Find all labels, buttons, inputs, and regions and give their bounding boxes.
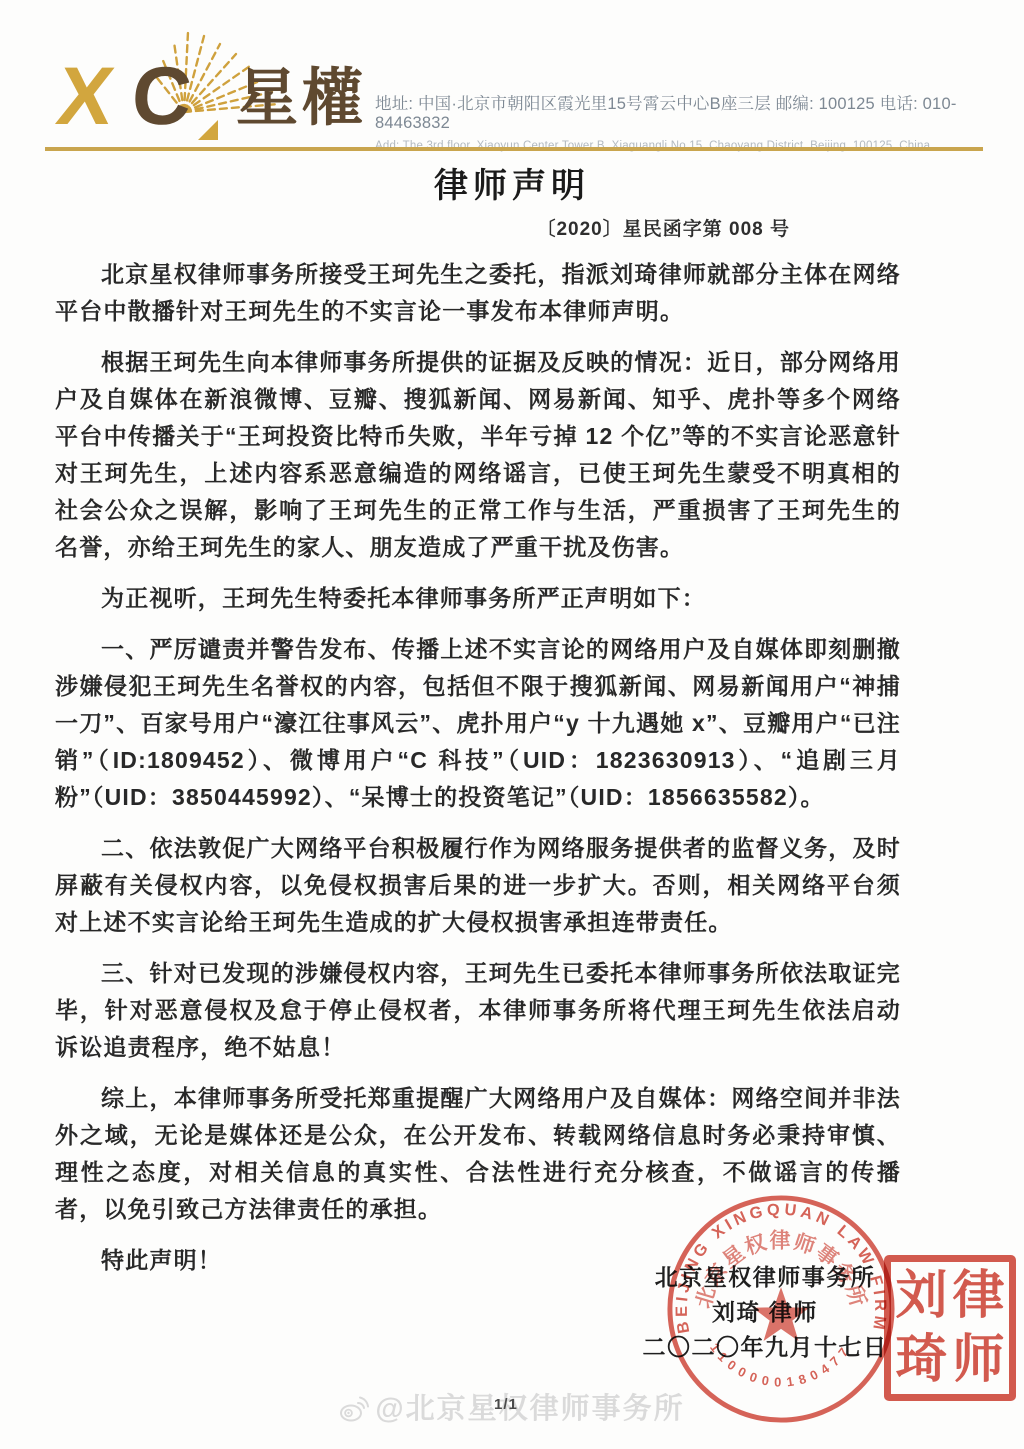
seal-char: 律: [952, 1267, 1004, 1325]
statement-paragraph: 一、严厉谴责并警告发布、传播上述不实言论的网络用户及自媒体即刻删撤涉嫌侵犯王珂先…: [55, 631, 901, 816]
statement-paragraph: 三、针对已发现的涉嫌侵权内容，王珂先生已委托本律师事务所依法取证完毕，针对恶意侵…: [55, 955, 901, 1066]
lawyer-statement-document: X C 星權 地址: 中国·北京市朝阳区霞光里15号霄云中心B座三层 邮编: 1…: [0, 0, 1024, 1449]
firm-logo: X C 星權: [58, 34, 388, 146]
firm-address: 地址: 中国·北京市朝阳区霞光里15号霄云中心B座三层 邮编: 100125 电…: [375, 90, 1015, 152]
doc-number: 〔2020〕星民函字第 008 号: [536, 214, 790, 241]
logo-letter-c: C: [129, 56, 194, 138]
seal-char: 刘: [895, 1267, 947, 1325]
star-icon: [753, 1287, 810, 1341]
seal-char: 师: [952, 1331, 1004, 1389]
statement-paragraph: 北京星权律师事务所接受王珂先生之委托，指派刘琦律师就部分主体在网络平台中散播针对…: [55, 256, 901, 330]
page-number: 1/1: [494, 1396, 518, 1413]
statement-paragraph: 根据王珂先生向本律师事务所提供的证据及反映的情况：近日，部分网络用户及自媒体在新…: [55, 344, 901, 566]
law-firm-round-seal: BEIJING XINGQUAN LAW FIRM 1100000180477 …: [662, 1190, 900, 1428]
logo-letter-x: X: [52, 56, 118, 138]
seal-char: 琦: [895, 1331, 947, 1389]
logo-wordmark-cjk: 星權: [236, 68, 366, 130]
statement-paragraph: 为正视听，王珂先生特委托本律师事务所严正声明如下：: [55, 580, 901, 617]
footer-watermark-text: @北京星权律师事务所: [375, 1393, 684, 1425]
header-divider: [45, 147, 983, 151]
page-title: 律师声明: [0, 158, 1024, 207]
statement-body: 北京星权律师事务所接受王珂先生之委托，指派刘琦律师就部分主体在网络平台中散播针对…: [55, 256, 901, 1293]
lawyer-square-seal: 刘 律 琦 师: [884, 1255, 1016, 1401]
logo-gold-wedge: [198, 120, 218, 140]
svg-text:1100000180477: 1100000180477: [707, 1340, 855, 1389]
firm-address-zh: 地址: 中国·北京市朝阳区霞光里15号霄云中心B座三层 邮编: 100125 电…: [375, 90, 1015, 133]
seal-number: 1100000180477: [707, 1340, 855, 1389]
statement-paragraph: 二、依法敦促广大网络平台积极履行作为网络服务提供者的监督义务，及时屏蔽有关侵权内…: [55, 830, 901, 941]
weibo-icon: [339, 1394, 369, 1422]
